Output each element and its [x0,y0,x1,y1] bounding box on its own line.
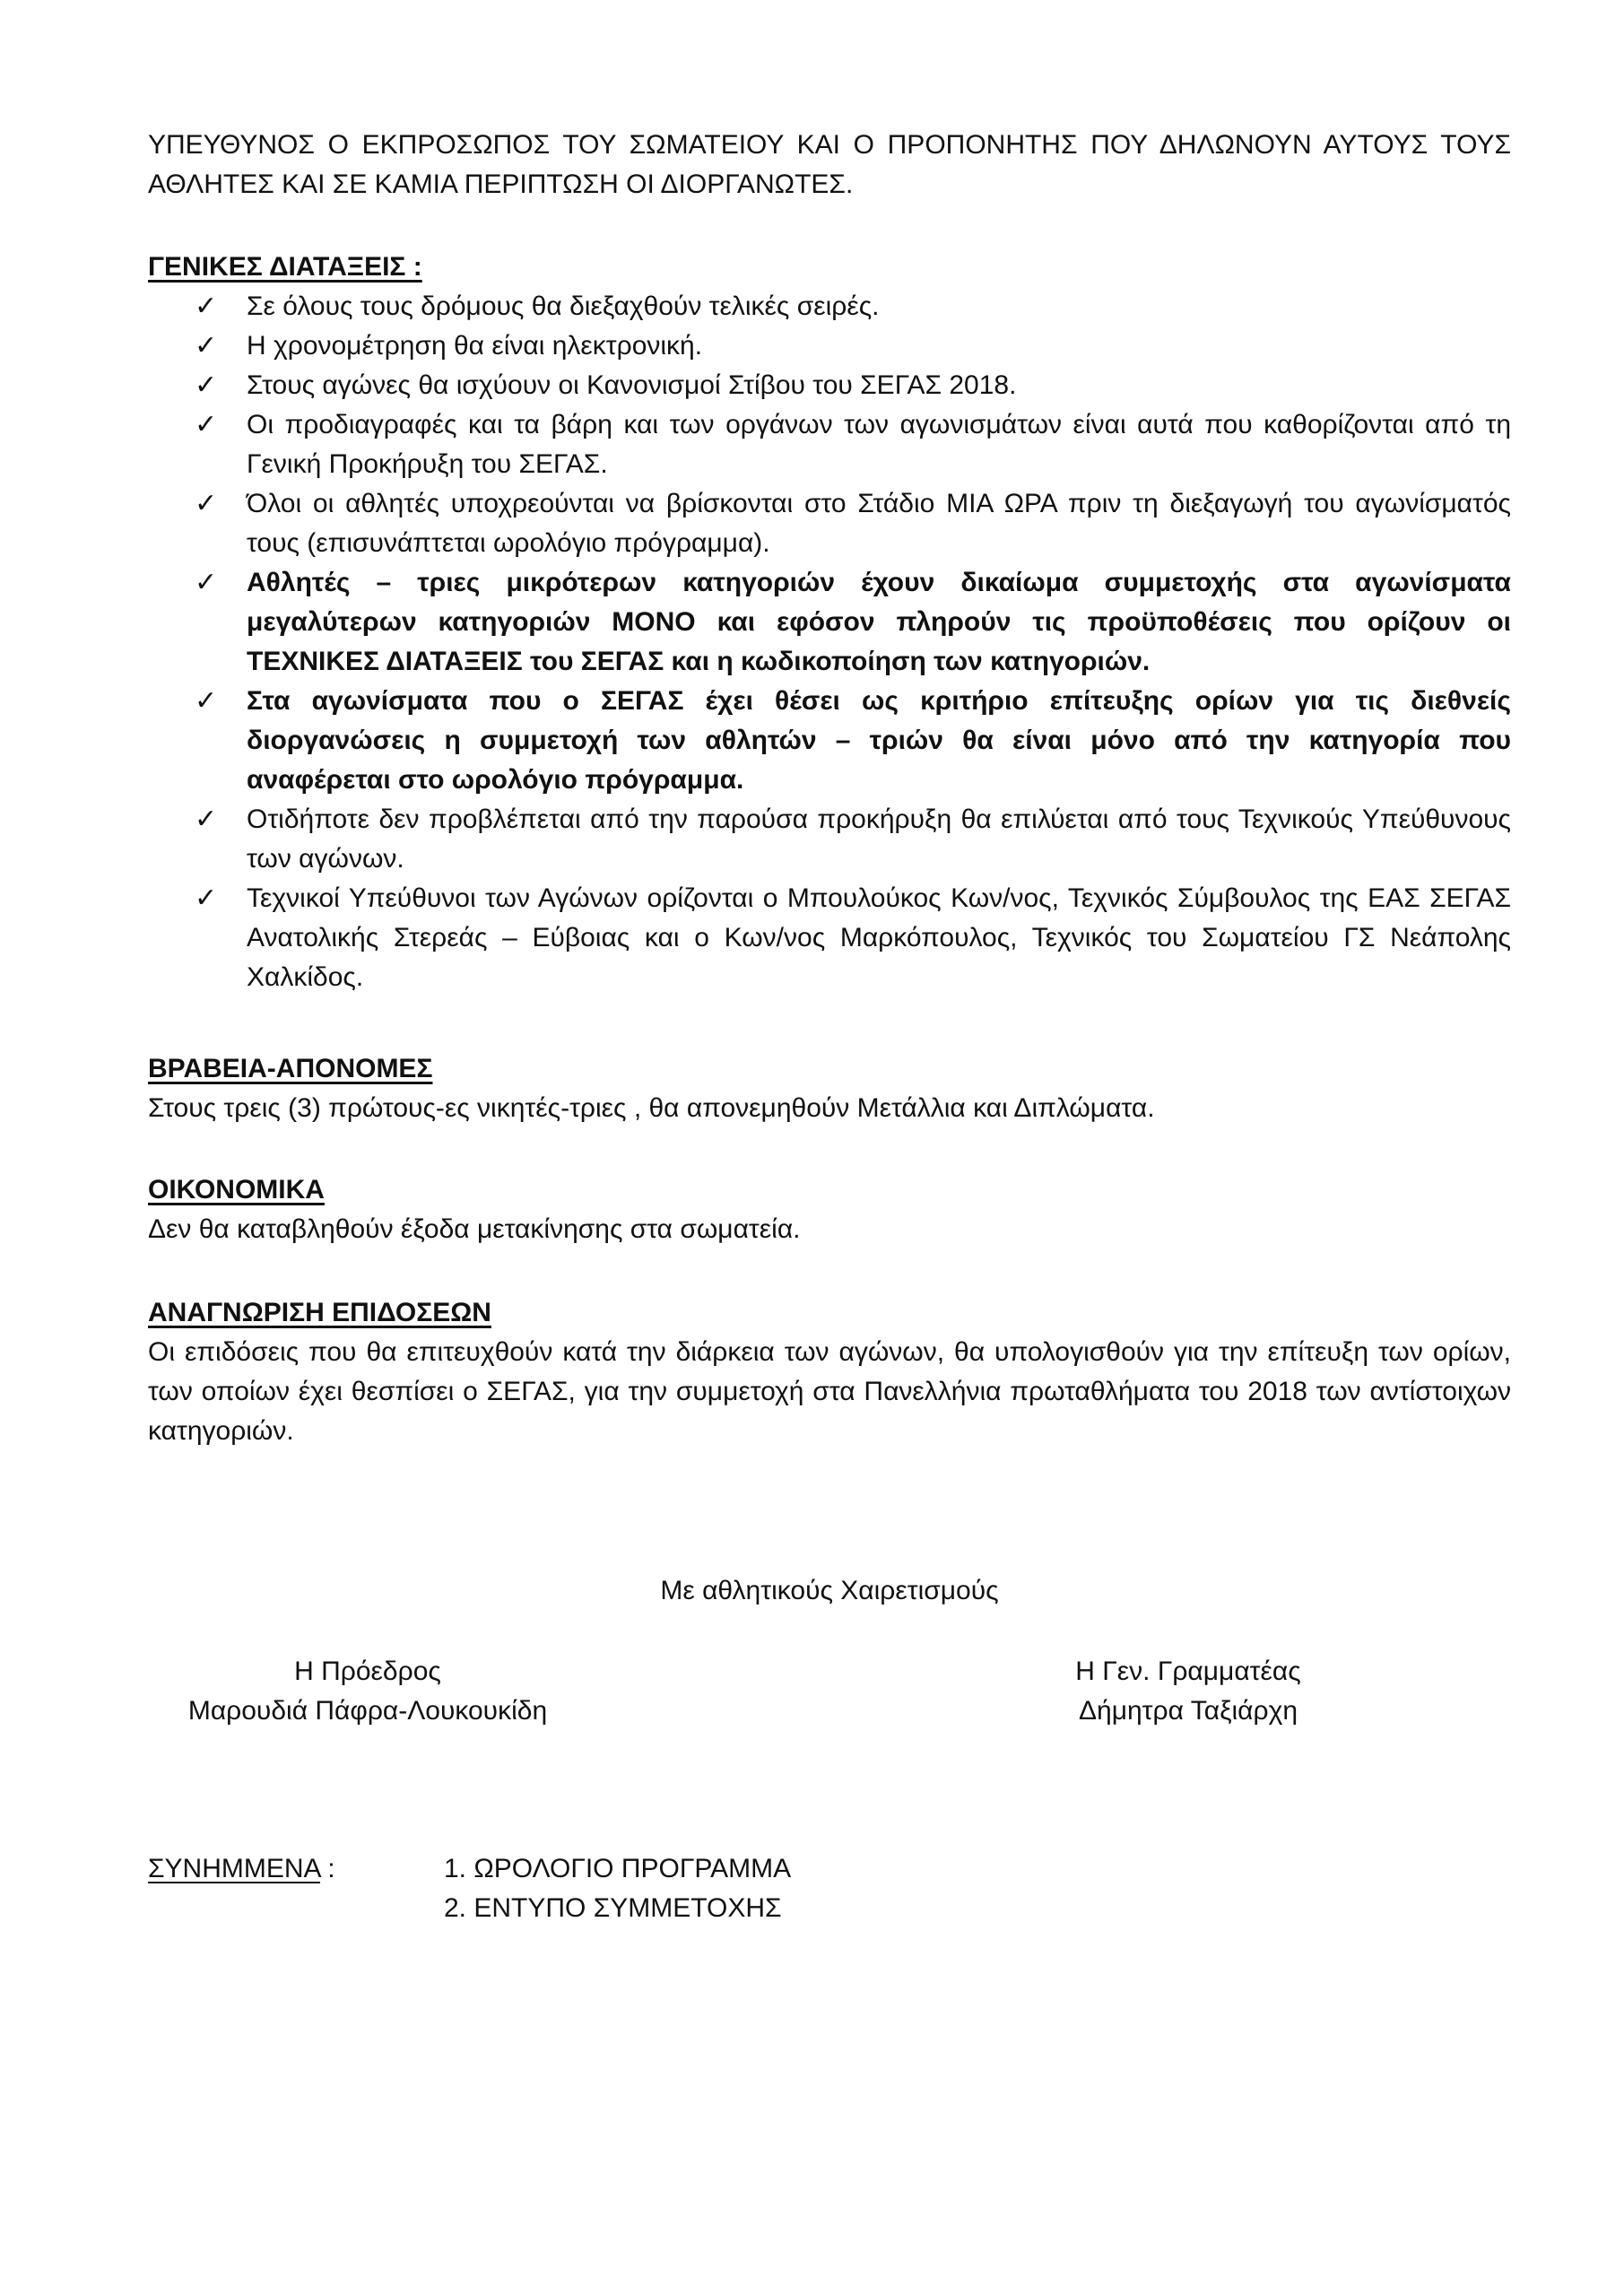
awards-text: Στους τρεις (3) πρώτους-ες νικητές-τριες… [148,1089,1511,1128]
general-provisions-section: ΓΕΝΙΚΕΣ ΔΙΑΤΑΞΕΙΣ : ✓Σε όλους τους δρόμο… [148,248,1511,997]
attachments-list: 1. ΩΡΟΛΟΓΙΟ ΠΡΟΓΡΑΜΜΑ 2. ΕΝΤΥΠΟ ΣΥΜΜΕΤΟΧ… [444,1849,791,1928]
check-mark-icon: ✓ [195,405,221,445]
finance-section: ΟΙΚΟΝΟΜΙΚΑ Δεν θα καταβληθούν έξοδα μετα… [148,1170,1511,1249]
general-provisions-list: ✓Σε όλους τους δρόμους θα διεξαχθούν τελ… [148,287,1511,997]
provision-item: ✓Αθλητές – τριες μικρότερων κατηγοριών έ… [148,563,1511,682]
attachments-label: ΣΥΝΗΜΜΕΝΑ : [148,1849,335,1889]
provision-item: ✓Η χρονομέτρηση θα είναι ηλεκτρονική. [148,326,1511,366]
president-name: Μαρουδιά Πάφρα-Λουκουκίδη [148,1692,587,1731]
provision-text: Τεχνικοί Υπεύθυνοι των Αγώνων ορίζονται … [247,879,1511,997]
provision-item: ✓Τεχνικοί Υπεύθυνοι των Αγώνων ορίζονται… [148,879,1511,997]
attachment-item-1: 1. ΩΡΟΛΟΓΙΟ ΠΡΟΓΡΑΜΜΑ [444,1849,791,1889]
provision-item: ✓Οι προδιαγραφές και τα βάρη και των οργ… [148,405,1511,484]
provision-text: Οτιδήποτε δεν προβλέπεται από την παρούσ… [247,800,1511,879]
general-provisions-heading: ΓΕΝΙΚΕΣ ΔΙΑΤΑΞΕΙΣ : [148,248,1511,287]
recognition-section: ΑΝΑΓΝΩΡΙΣΗ ΕΠΙΔΟΣΕΩΝ Οι επιδόσεις που θα… [148,1293,1511,1451]
provision-text: Οι προδιαγραφές και τα βάρη και των οργά… [247,405,1511,484]
awards-section: ΒΡΑΒΕΙΑ-ΑΠΟΝΟΜΕΣ Στους τρεις (3) πρώτους… [148,1049,1511,1128]
provision-text: Η χρονομέτρηση θα είναι ηλεκτρονική. [247,326,1511,366]
provision-text: Σε όλους τους δρόμους θα διεξαχθούν τελι… [247,287,1511,326]
provision-text: Αθλητές – τριες μικρότερων κατηγοριών έχ… [247,563,1511,682]
check-mark-icon: ✓ [195,563,221,603]
recognition-text: Οι επιδόσεις που θα επιτευχθούν κατά την… [148,1333,1511,1451]
intro-paragraph: ΥΠΕΥΘΥΝΟΣ Ο ΕΚΠΡΟΣΩΠΟΣ ΤΟΥ ΣΩΜΑΤΕΙΟΥ ΚΑΙ… [148,126,1511,204]
closing-greeting: Με αθλητικούς Χαιρετισμούς [148,1571,1511,1611]
president-signature: Η Πρόεδρος Μαρουδιά Πάφρα-Λουκουκίδη [148,1652,587,1731]
provision-item: ✓Στα αγωνίσματα που ο ΣΕΓΑΣ έχει θέσει ω… [148,682,1511,800]
secretary-title: Η Γεν. Γραμματέας [973,1652,1403,1692]
check-mark-icon: ✓ [195,366,221,405]
check-mark-icon: ✓ [195,326,221,366]
finance-text: Δεν θα καταβληθούν έξοδα μετακίνησης στα… [148,1210,1511,1249]
president-title: Η Πρόεδρος [148,1652,587,1692]
provision-text: Όλοι οι αθλητές υποχρεούνται να βρίσκοντ… [247,484,1511,563]
provision-item: ✓Στους αγώνες θα ισχύουν οι Κανονισμοί Σ… [148,366,1511,405]
awards-heading: ΒΡΑΒΕΙΑ-ΑΠΟΝΟΜΕΣ [148,1049,1511,1089]
finance-heading: ΟΙΚΟΝΟΜΙΚΑ [148,1170,1511,1210]
check-mark-icon: ✓ [195,682,221,721]
attachments-label-text: ΣΥΝΗΜΜΕΝΑ [148,1854,320,1883]
check-mark-icon: ✓ [195,800,221,839]
intro-line-2: ΑΘΛΗΤΕΣ ΚΑΙ ΣΕ ΚΑΜΙΑ ΠΕΡΙΠΤΩΣΗ ΟΙ ΔΙΟΡΓΑ… [148,165,1511,204]
check-mark-icon: ✓ [195,287,221,326]
check-mark-icon: ✓ [195,484,221,524]
provision-text: Στους αγώνες θα ισχύουν οι Κανονισμοί Στ… [247,366,1511,405]
provision-text: Στα αγωνίσματα που ο ΣΕΓΑΣ έχει θέσει ως… [247,682,1511,800]
secretary-name: Δήμητρα Ταξιάρχη [973,1692,1403,1731]
provision-item: ✓Σε όλους τους δρόμους θα διεξαχθούν τελ… [148,287,1511,326]
closing-greeting-wrap: Με αθλητικούς Χαιρετισμούς [148,1571,1511,1611]
provision-item: ✓Όλοι οι αθλητές υποχρεούνται να βρίσκον… [148,484,1511,563]
intro-line-1: ΥΠΕΥΘΥΝΟΣ Ο ΕΚΠΡΟΣΩΠΟΣ ΤΟΥ ΣΩΜΑΤΕΙΟΥ ΚΑΙ… [148,126,1511,165]
recognition-heading: ΑΝΑΓΝΩΡΙΣΗ ΕΠΙΔΟΣΕΩΝ [148,1293,1511,1333]
provision-item: ✓Οτιδήποτε δεν προβλέπεται από την παρού… [148,800,1511,879]
secretary-signature: Η Γεν. Γραμματέας Δήμητρα Ταξιάρχη [973,1652,1403,1731]
attachments-label-suffix: : [320,1854,335,1883]
check-mark-icon: ✓ [195,879,221,918]
attachment-item-2: 2. ΕΝΤΥΠΟ ΣΥΜΜΕΤΟΧΗΣ [444,1889,791,1928]
